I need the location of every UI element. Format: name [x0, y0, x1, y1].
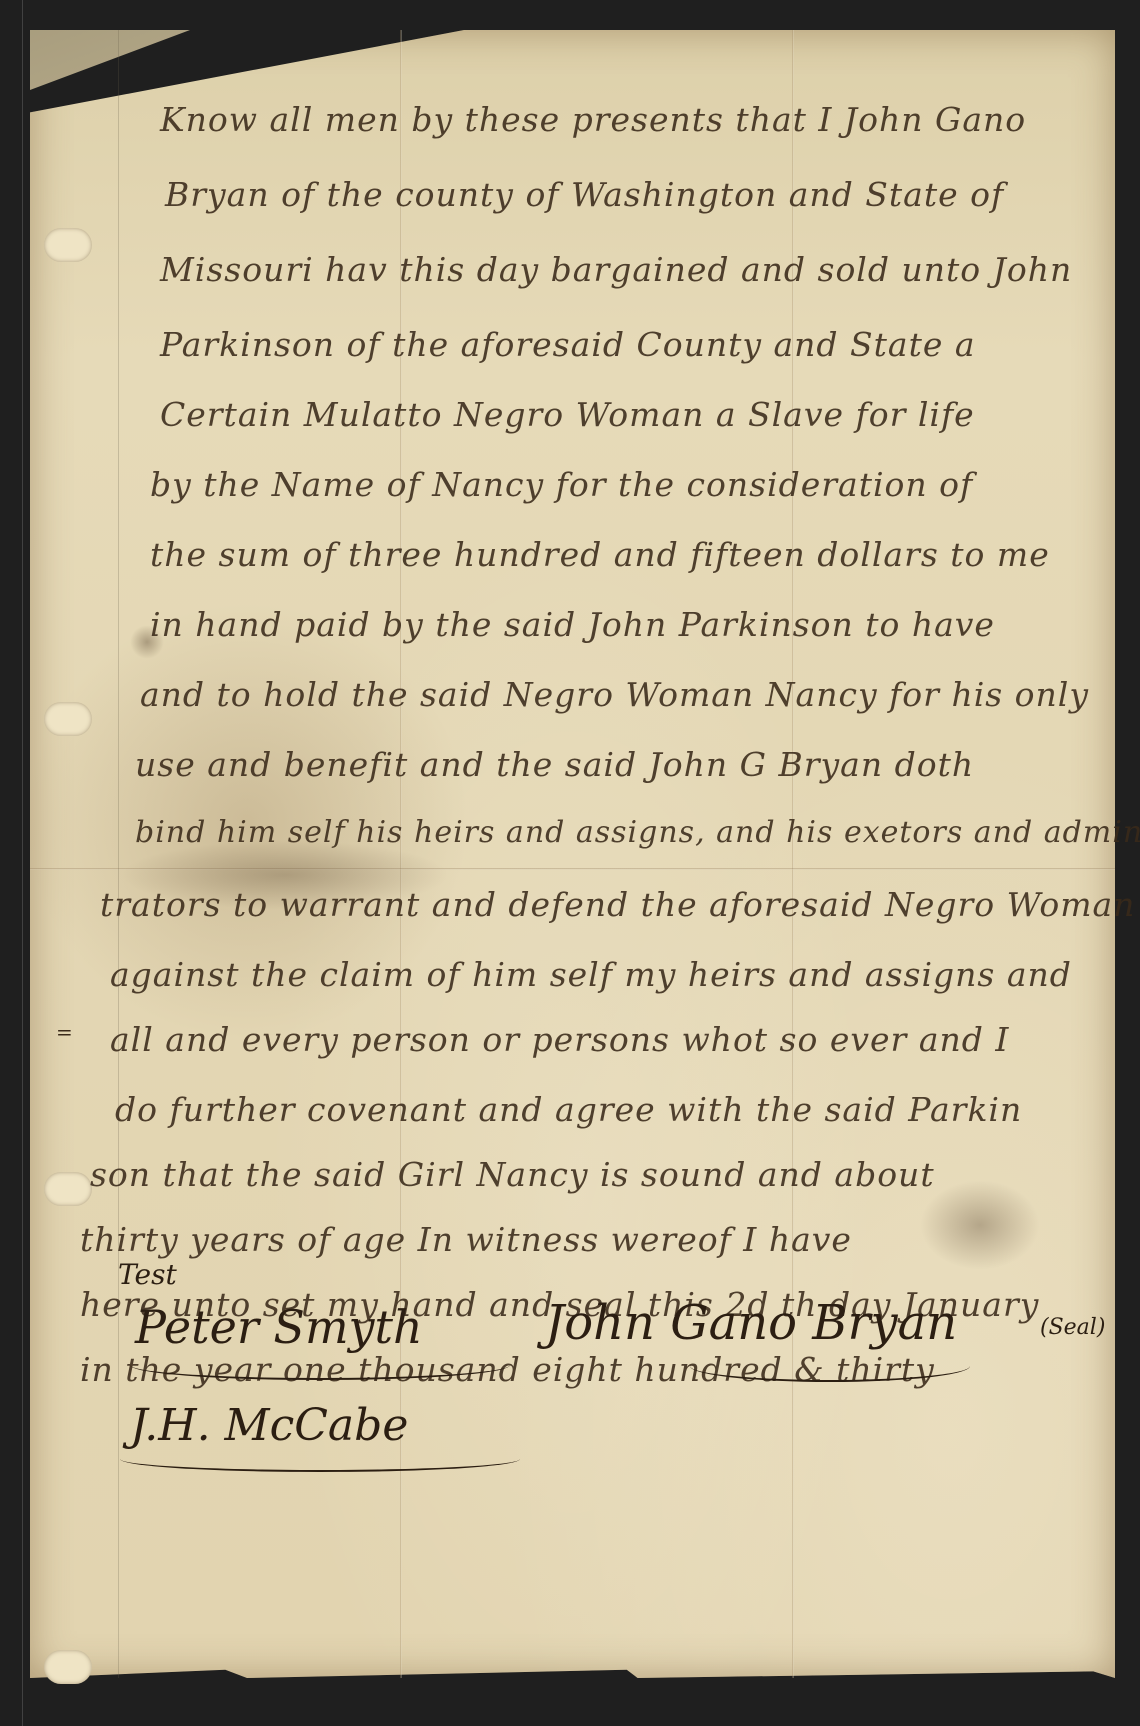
binder-hole — [44, 702, 92, 736]
body-line: against the claim of him self my heirs a… — [110, 955, 1072, 994]
witness-signature-2: J.H. McCabe — [130, 1400, 408, 1451]
sleeve-edge — [22, 0, 23, 1726]
ink-blot — [920, 1180, 1040, 1270]
binder-hole — [44, 1172, 92, 1206]
binder-hole — [44, 1650, 92, 1684]
signature-flourish — [130, 1350, 510, 1380]
sleeve-seam — [118, 30, 119, 1678]
body-line: the sum of three hundred and fifteen dol… — [150, 535, 1050, 574]
attest-label: Test — [118, 1258, 177, 1291]
body-line: son that the said Girl Nancy is sound an… — [90, 1155, 935, 1194]
binder-hole — [44, 228, 92, 262]
body-line: thirty years of age In witness wereof I … — [80, 1220, 852, 1259]
signature-flourish — [120, 1446, 520, 1472]
body-line: use and benefit and the said John G Brya… — [135, 745, 974, 784]
body-line: Missouri hav this day bargained and sold… — [160, 250, 1072, 289]
body-line: do further covenant and agree with the s… — [115, 1090, 1022, 1129]
seal-mark: (Seal) — [1040, 1315, 1105, 1340]
body-line: trators to warrant and defend the afores… — [100, 885, 1135, 924]
body-line: Bryan of the county of Washington and St… — [165, 175, 1004, 214]
body-line: bind him self his heirs and assigns, and… — [135, 815, 1140, 850]
body-line: Know all men by these presents that I Jo… — [160, 100, 1026, 139]
signature-flourish — [690, 1350, 970, 1382]
grantor-signature: John Gano Bryan — [545, 1295, 957, 1351]
body-line: in hand paid by the said John Parkinson … — [150, 605, 995, 644]
witness-signature-1: Peter Smyth — [135, 1300, 423, 1354]
body-line: all and every person or persons whot so … — [110, 1020, 1009, 1059]
body-line: by the Name of Nancy for the considerati… — [150, 465, 973, 504]
body-line: Parkinson of the aforesaid County and St… — [160, 325, 976, 364]
body-line: and to hold the said Negro Woman Nancy f… — [140, 675, 1089, 714]
margin-mark: = — [56, 1020, 73, 1044]
body-line: Certain Mulatto Negro Woman a Slave for … — [160, 395, 975, 434]
